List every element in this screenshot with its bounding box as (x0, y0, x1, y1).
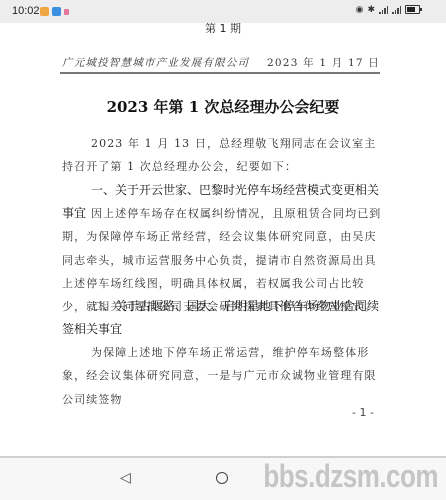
battery-icon (405, 5, 420, 14)
bluetooth-icon: ✱ (367, 4, 375, 15)
app-orange-icon (40, 7, 49, 16)
document-date: 2023 年 1 月 17 日 (267, 55, 380, 70)
section-2-body: 为保障上述地下停车场正常运营，维护停车场整体形象，经会议集体研究同意，一是与广元… (62, 341, 382, 411)
section-body-text: 为保障上述地下停车场正常运营，维护停车场整体形象，经会议集体研究同意，一是与广元… (62, 346, 377, 406)
navigation-bar: ◁ bbs.dzsm.com (0, 458, 446, 500)
issue-label: 第 1 期 (0, 20, 446, 36)
notification-icons (40, 7, 69, 16)
section-heading-text: 二、关于古堰路、国大、启明星地下停车场物业合同续签相关事宜 (62, 299, 379, 336)
eye-icon: ◉ (356, 4, 364, 15)
watermark: bbs.dzsm.com (263, 457, 438, 496)
organization-name: 广元城投智慧城市产业发展有限公司 (62, 55, 249, 70)
intro-text: 2023 年 1 月 13 日，总经理敬飞翔同志在会议室主持召开了第 1 次总经… (62, 137, 376, 173)
header-divider (60, 72, 380, 74)
home-button[interactable] (216, 472, 228, 484)
page-number: - 1 - (352, 406, 374, 419)
signal-icon (392, 6, 401, 14)
status-time: 10:02 (12, 5, 40, 17)
document-title: 2023 年第 1 次总经理办公会纪要 (0, 96, 446, 117)
app-pink-icon (64, 9, 69, 15)
signal-icon (379, 6, 388, 14)
back-button[interactable]: ◁ (120, 470, 131, 486)
system-icons: ◉ ✱ (356, 4, 420, 15)
section-2-heading: 二、关于古堰路、国大、启明星地下停车场物业合同续签相关事宜 (62, 295, 382, 342)
intro-paragraph: 2023 年 1 月 13 日，总经理敬飞翔同志在会议室主持召开了第 1 次总经… (62, 132, 382, 179)
app-blue-icon (52, 7, 61, 16)
